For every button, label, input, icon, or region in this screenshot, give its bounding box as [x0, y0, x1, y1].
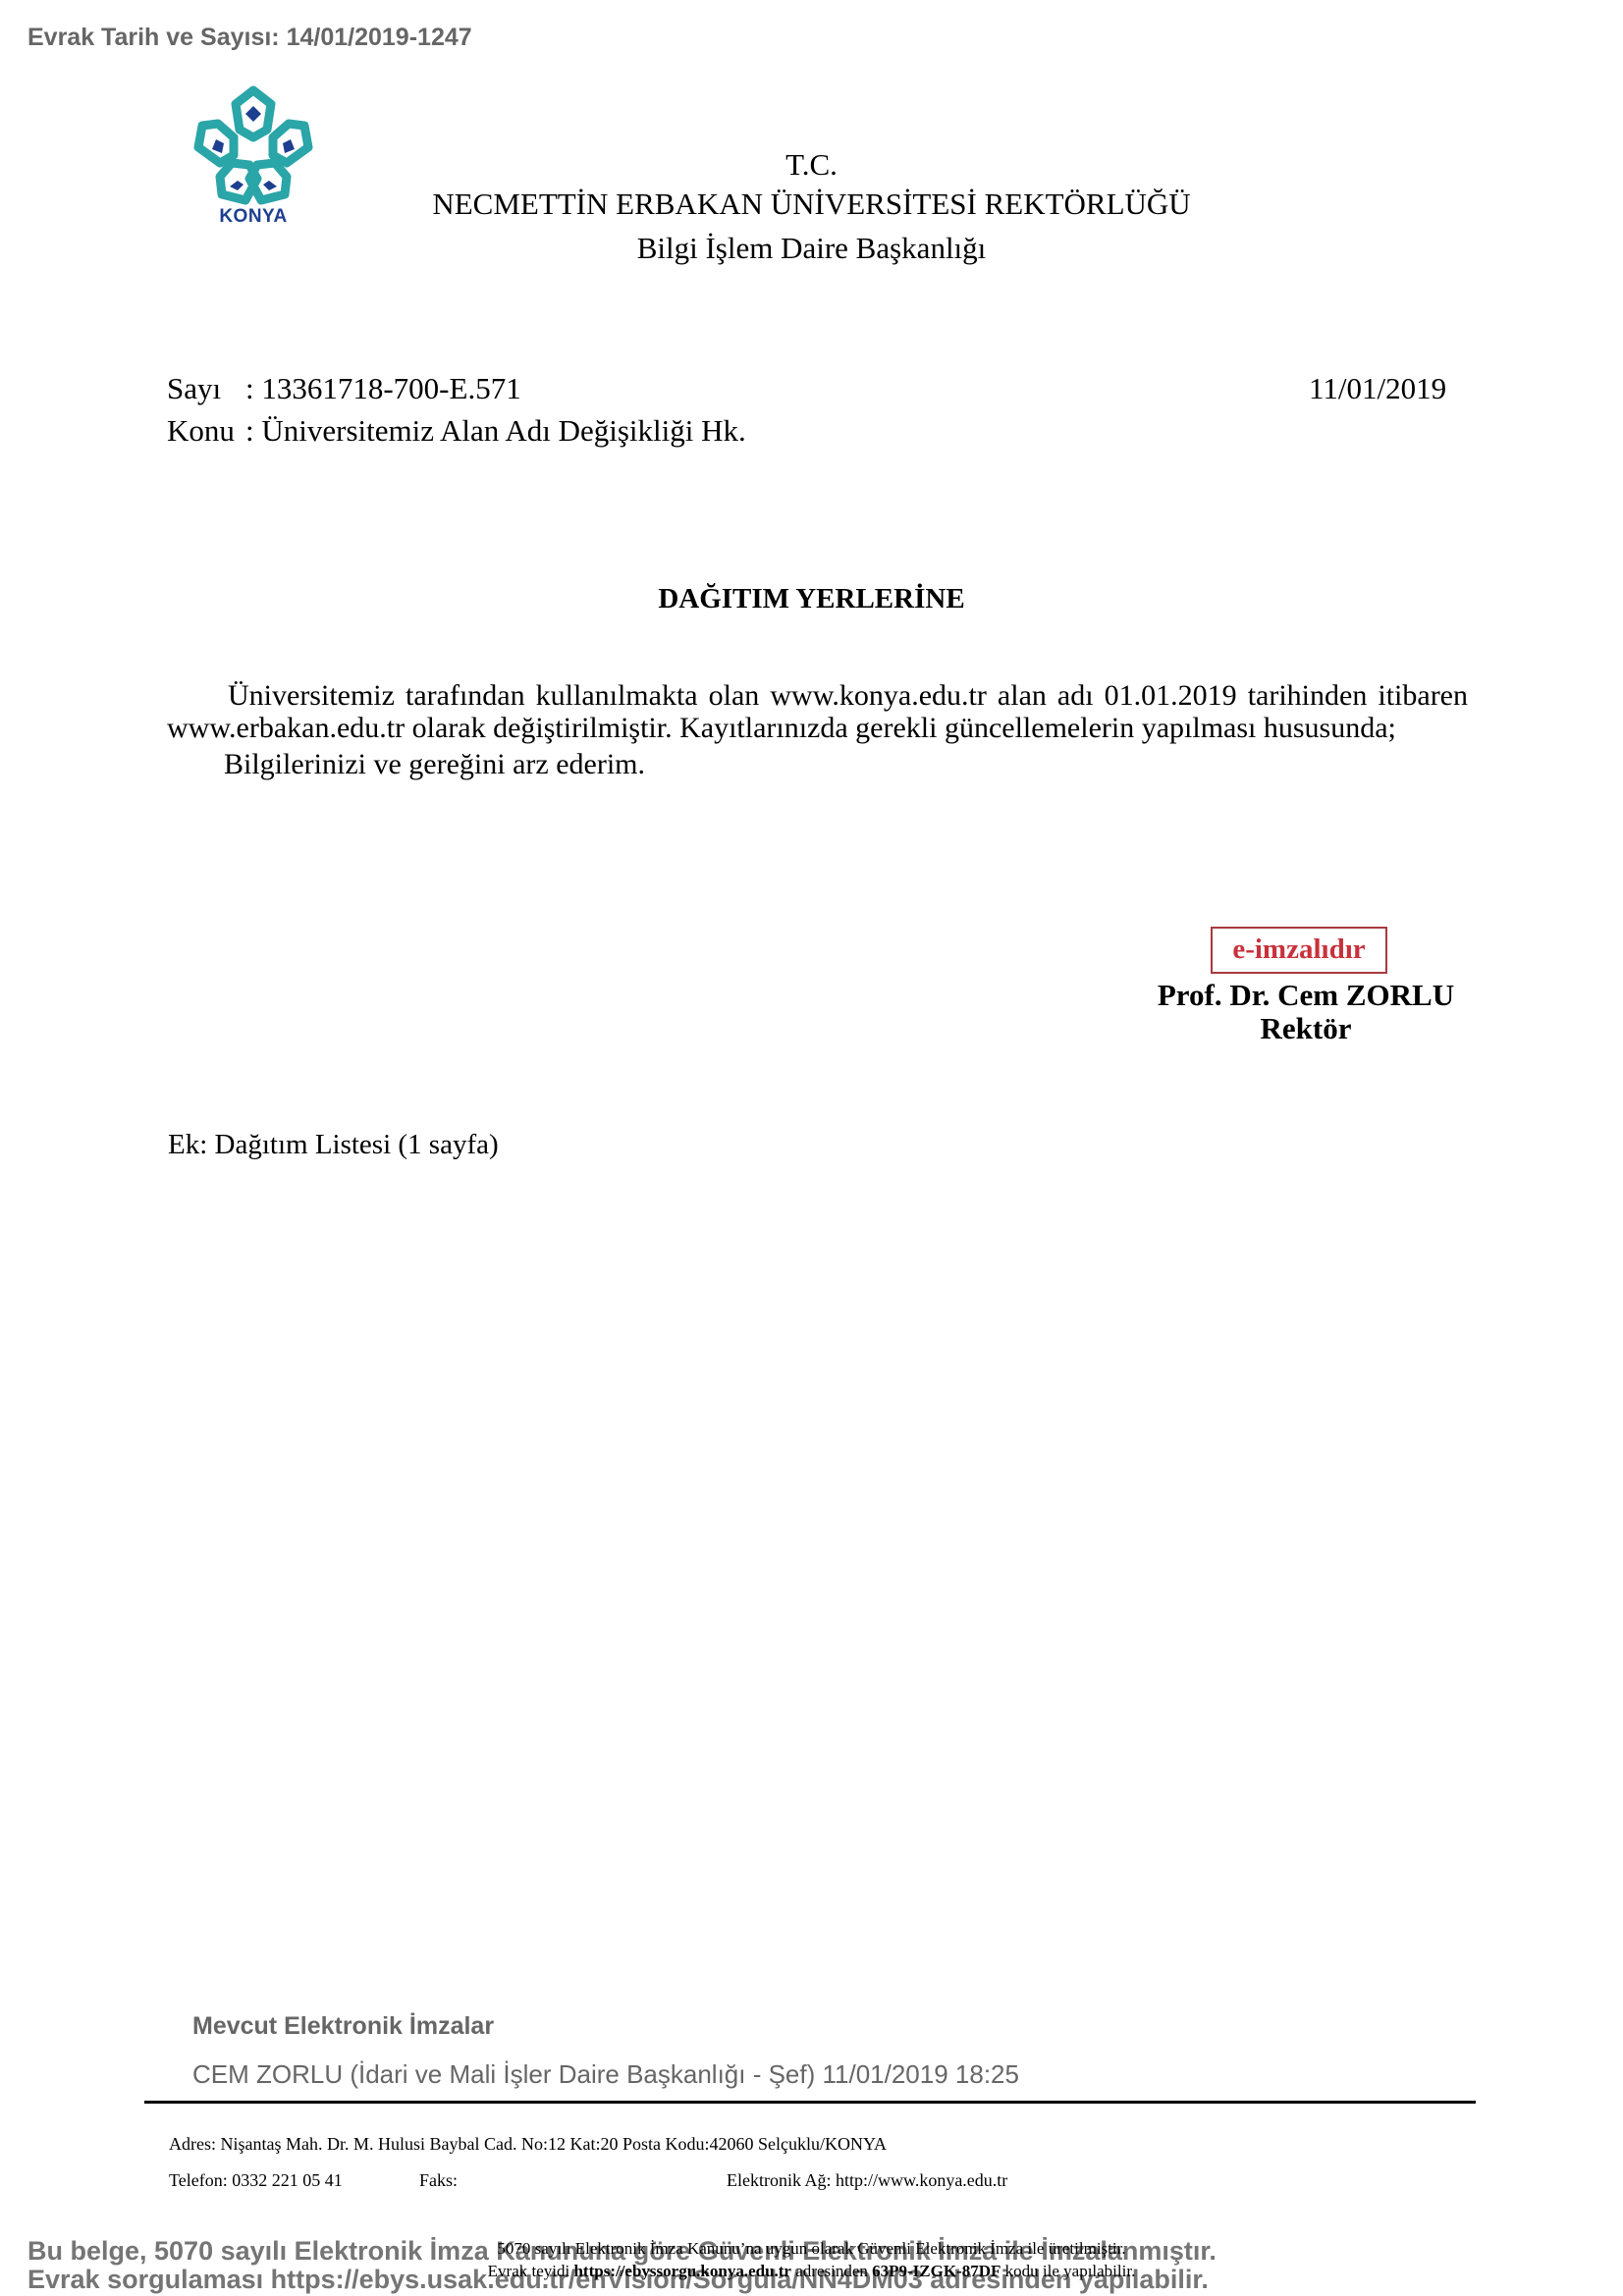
footer-website: Elektronik Ağ: http://www.konya.edu.tr	[727, 2170, 1007, 2191]
signer-name: Prof. Dr. Cem ZORLU	[1109, 978, 1502, 1013]
footer-address: Adres: Nişantaş Mah. Dr. M. Hulusi Bayba…	[169, 2134, 887, 2155]
header-institution: NECMETTİN ERBAKAN ÜNİVERSİTESİ REKTÖRLÜĞ…	[0, 187, 1623, 222]
verification-instructions: Evrak teyidi https://ebyssorgu.konya.edu…	[0, 2262, 1623, 2281]
konu-value: : Üniversitemiz Alan Adı Değişikliği Hk.	[245, 413, 746, 448]
verify-prefix: Evrak teyidi	[488, 2262, 574, 2280]
verify-url-link[interactable]: https://ebyssorgu.konya.edu.tr	[573, 2262, 791, 2280]
header-country: T.C.	[0, 147, 1623, 183]
recipient-heading: DAĞITIM YERLERİNE	[0, 583, 1623, 615]
footer-divider	[144, 2101, 1476, 2104]
document-number-row: Sayı: 13361718-700-E.571	[167, 371, 521, 406]
footer-phone: Telefon: 0332 221 05 41	[169, 2170, 343, 2191]
document-date: 11/01/2019	[1309, 371, 1446, 406]
document-date-number-stamp: Evrak Tarih ve Sayısı: 14/01/2019-1247	[27, 24, 472, 52]
footer-fax: Faks:	[419, 2170, 458, 2191]
header-department: Bilgi İşlem Daire Başkanlığı	[0, 231, 1623, 266]
e-signed-stamp: e-imzalıdır	[1211, 927, 1387, 974]
body-paragraph: Üniversitemiz tarafından kullanılmakta o…	[167, 679, 1468, 744]
verification-notice: 5070 sayılı Elektronik İmza Kanunu’na uy…	[0, 2239, 1623, 2259]
sayi-label: Sayı	[167, 371, 245, 406]
verify-mid: adresinden	[791, 2262, 872, 2280]
konu-label: Konu	[167, 413, 245, 449]
verify-suffix: kodu ile yapılabilir.	[1001, 2262, 1135, 2280]
electronic-signatures-heading: Mevcut Elektronik İmzalar	[192, 2012, 494, 2041]
electronic-signature-entry: CEM ZORLU (İdari ve Mali İşler Daire Baş…	[192, 2059, 1019, 2090]
subject-row: Konu: Üniversitemiz Alan Adı Değişikliği…	[167, 413, 746, 449]
verify-code: 63P9-IZGK-87DF	[872, 2262, 1001, 2280]
stamp-value: 14/01/2019-1247	[287, 24, 472, 51]
attachment-note: Ek: Dağıtım Listesi (1 sayfa)	[168, 1129, 499, 1161]
sayi-value: : 13361718-700-E.571	[245, 371, 521, 405]
letter-body: Üniversitemiz tarafından kullanılmakta o…	[167, 679, 1468, 780]
signer-title: Rektör	[1109, 1011, 1502, 1046]
closing-sentence: Bilgilerinizi ve gereğini arz ederim.	[167, 748, 1468, 780]
stamp-label: Evrak Tarih ve Sayısı:	[27, 24, 280, 51]
